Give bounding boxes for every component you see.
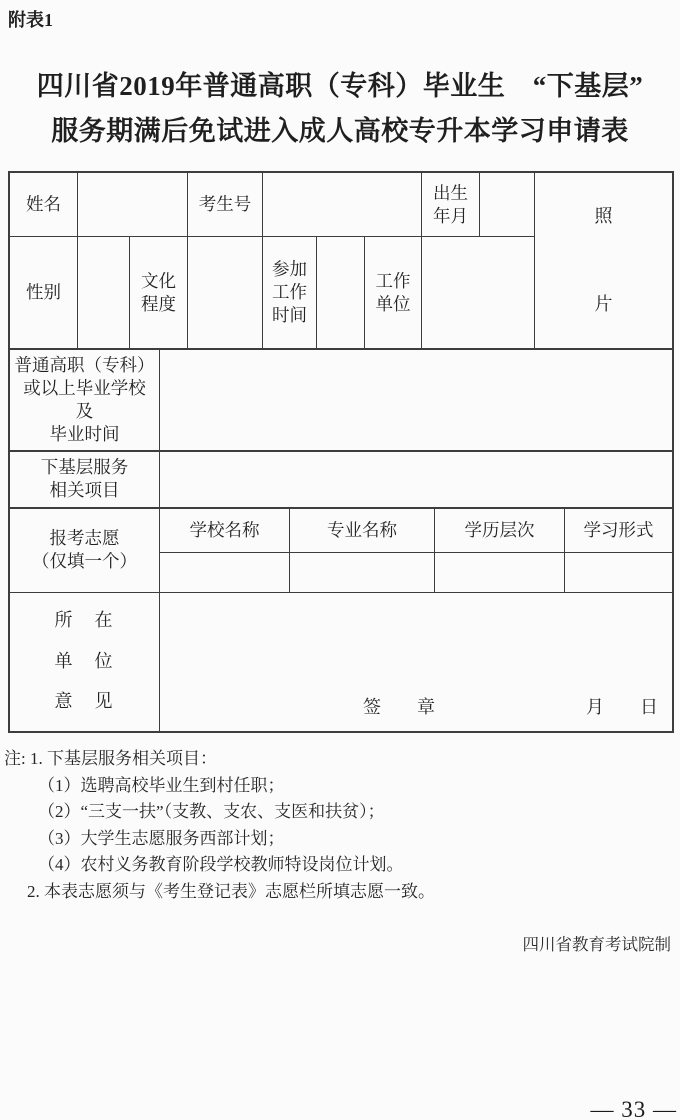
- name-label-cell: 姓名: [10, 173, 78, 237]
- gender-label-cell: 性别: [10, 237, 78, 349]
- application-form-table: 姓名 考生号 出生 年月 照 片 性别 文化 程度 参加 工作 时间 工作 单位…: [8, 171, 674, 733]
- photo-char-bottom: 片: [595, 293, 613, 316]
- grassroots-service-value-cell: [160, 451, 672, 508]
- candidate-no-value-cell: [263, 173, 422, 237]
- photo-char-top: 照: [595, 205, 613, 228]
- issuer-label: 四川省教育考试院制: [523, 931, 672, 955]
- birth-date-value-cell: [480, 173, 535, 237]
- note-heading: 注: 1. 下基层服务相关项目：: [0, 746, 680, 773]
- grassroots-service-label-cell: 下基层服务 相关项目: [10, 451, 160, 508]
- work-start-value-cell: [317, 237, 365, 349]
- photo-cell: 照 片: [535, 173, 672, 349]
- note-item-2: （2）“三支一扶”（支教、支农、支医和扶贫）；: [0, 799, 680, 826]
- candidate-no-label-cell: 考生号: [188, 173, 263, 237]
- section-divider: [10, 348, 672, 350]
- education-level-label-cell: 文化 程度: [130, 237, 188, 349]
- gender-value-cell: [78, 237, 130, 349]
- preference-mode-value-cell: [565, 553, 672, 593]
- graduate-school-label-cell: 普通高职（专科） 或以上毕业学校 及 毕业时间: [10, 349, 160, 451]
- preference-label-cell: 报考志愿 （仅填一个）: [10, 508, 160, 593]
- attachment-label: 附表1: [8, 6, 53, 32]
- education-level-value-cell: [188, 237, 263, 349]
- month-day-label: 月 日: [586, 696, 658, 719]
- notes-section: 注: 1. 下基层服务相关项目： （1）选聘高校毕业生到村任职； （2）“三支一…: [0, 746, 680, 905]
- section-divider: [10, 450, 672, 452]
- note-2: 2. 本表志愿须与《考生登记表》志愿栏所填志愿一致。: [0, 879, 680, 906]
- preference-school-value-cell: [160, 553, 290, 593]
- form-title-line2: 服务期满后免试进入成人高校专升本学习申请表: [0, 109, 680, 154]
- seal-label: 签 章: [363, 696, 435, 719]
- preference-level-value-cell: [435, 553, 565, 593]
- unit-opinion-line1: 所 在: [55, 609, 115, 632]
- preference-major-value-cell: [290, 553, 435, 593]
- column-header-school: 学校名称: [160, 508, 290, 553]
- note-item-4: （4）农村义务教育阶段学校教师特设岗位计划。: [0, 852, 680, 879]
- unit-opinion-value-cell: 签 章 月 日: [160, 593, 672, 731]
- note-item-1: （1）选聘高校毕业生到村任职；: [0, 773, 680, 800]
- column-header-major: 专业名称: [290, 508, 435, 553]
- page-number: — 33 —: [591, 1097, 678, 1120]
- birth-date-label-cell: 出生 年月: [422, 173, 480, 237]
- form-title: 四川省2019年普通高职（专科）毕业生 “下基层” 服务期满后免试进入成人高校专…: [0, 64, 680, 154]
- unit-opinion-line3: 意 见: [55, 690, 115, 713]
- graduate-school-value-cell: [160, 349, 672, 451]
- work-unit-label-cell: 工作 单位: [365, 237, 422, 349]
- unit-opinion-label-cell: 所 在 单 位 意 见: [10, 593, 160, 731]
- unit-opinion-line2: 单 位: [55, 650, 115, 673]
- section-divider: [10, 507, 672, 509]
- column-header-level: 学历层次: [435, 508, 565, 553]
- note-item-3: （3）大学生志愿服务西部计划；: [0, 826, 680, 853]
- name-value-cell: [78, 173, 188, 237]
- work-start-label-cell: 参加 工作 时间: [263, 237, 317, 349]
- work-unit-value-cell: [422, 237, 535, 349]
- form-title-line1: 四川省2019年普通高职（专科）毕业生 “下基层”: [0, 64, 680, 109]
- column-header-mode: 学习形式: [565, 508, 672, 553]
